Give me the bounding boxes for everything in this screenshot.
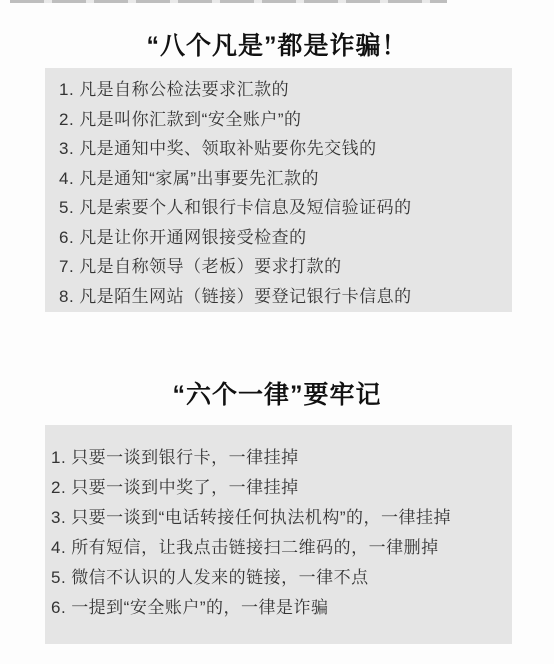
item-text: 凡是索要个人和银行卡信息及短信验证码的 bbox=[79, 198, 412, 217]
list-item: 4.凡是通知“家属”出事要先汇款的 bbox=[59, 164, 506, 194]
list-item: 8.凡是陌生网站（链接）要登记银行卡信息的 bbox=[59, 282, 506, 312]
item-number: 8. bbox=[59, 282, 74, 312]
item-text: 只要一谈到银行卡，一律挂掉 bbox=[71, 448, 299, 467]
item-text: 微信不认识的人发来的链接，一律不点 bbox=[71, 568, 369, 587]
item-number: 6. bbox=[51, 593, 66, 623]
section-2-title: “六个一律”要牢记 bbox=[0, 380, 554, 410]
section-1-panel: 1.凡是自称公检法要求汇款的 2.凡是叫你汇款到“安全账户”的 3.凡是通知中奖… bbox=[45, 68, 512, 312]
item-text: 所有短信，让我点击链接扫二维码的，一律删掉 bbox=[71, 538, 439, 557]
list-item: 7.凡是自称领导（老板）要求打款的 bbox=[59, 252, 506, 282]
item-number: 1. bbox=[51, 443, 66, 473]
item-text: 凡是叫你汇款到“安全账户”的 bbox=[79, 110, 301, 129]
list-item: 1.凡是自称公检法要求汇款的 bbox=[59, 75, 506, 105]
item-text: 凡是自称领导（老板）要求打款的 bbox=[79, 257, 342, 276]
item-number: 2. bbox=[59, 105, 74, 135]
list-item: 4.所有短信，让我点击链接扫二维码的，一律删掉 bbox=[51, 533, 506, 563]
item-text: 只要一谈到“电话转接任何执法机构”的，一律挂掉 bbox=[71, 508, 451, 527]
list-item: 5.凡是索要个人和银行卡信息及短信验证码的 bbox=[59, 193, 506, 223]
item-number: 4. bbox=[51, 533, 66, 563]
item-number: 2. bbox=[51, 473, 66, 503]
cropped-top-edge bbox=[10, 0, 447, 3]
item-text: 只要一谈到中奖了，一律挂掉 bbox=[71, 478, 299, 497]
item-text: 凡是陌生网站（链接）要登记银行卡信息的 bbox=[79, 287, 412, 306]
item-number: 3. bbox=[59, 134, 74, 164]
list-item: 2.凡是叫你汇款到“安全账户”的 bbox=[59, 105, 506, 135]
item-text: 凡是通知中奖、领取补贴要你先交钱的 bbox=[79, 139, 377, 158]
item-text: 凡是让你开通网银接受检查的 bbox=[79, 228, 307, 247]
item-number: 7. bbox=[59, 252, 74, 282]
item-text: 一提到“安全账户”的，一律是诈骗 bbox=[71, 598, 328, 617]
list-item: 3.只要一谈到“电话转接任何执法机构”的，一律挂掉 bbox=[51, 503, 506, 533]
list-item: 6.凡是让你开通网银接受检查的 bbox=[59, 223, 506, 253]
item-number: 1. bbox=[59, 75, 74, 105]
item-number: 4. bbox=[59, 164, 74, 194]
item-number: 3. bbox=[51, 503, 66, 533]
list-item: 3.凡是通知中奖、领取补贴要你先交钱的 bbox=[59, 134, 506, 164]
item-text: 凡是通知“家属”出事要先汇款的 bbox=[79, 169, 319, 188]
anti-fraud-poster: { "page": { "background_color": "#fdfdfd… bbox=[0, 0, 554, 664]
item-number: 6. bbox=[59, 223, 74, 253]
list-item: 5.微信不认识的人发来的链接，一律不点 bbox=[51, 563, 506, 593]
section-1-title: “八个凡是”都是诈骗！ bbox=[0, 31, 554, 61]
item-text: 凡是自称公检法要求汇款的 bbox=[79, 80, 289, 99]
list-item: 6.一提到“安全账户”的，一律是诈骗 bbox=[51, 593, 506, 623]
section-2-panel: 1.只要一谈到银行卡，一律挂掉 2.只要一谈到中奖了，一律挂掉 3.只要一谈到“… bbox=[45, 425, 512, 644]
list-item: 2.只要一谈到中奖了，一律挂掉 bbox=[51, 473, 506, 503]
item-number: 5. bbox=[59, 193, 74, 223]
item-number: 5. bbox=[51, 563, 66, 593]
list-item: 1.只要一谈到银行卡，一律挂掉 bbox=[51, 443, 506, 473]
